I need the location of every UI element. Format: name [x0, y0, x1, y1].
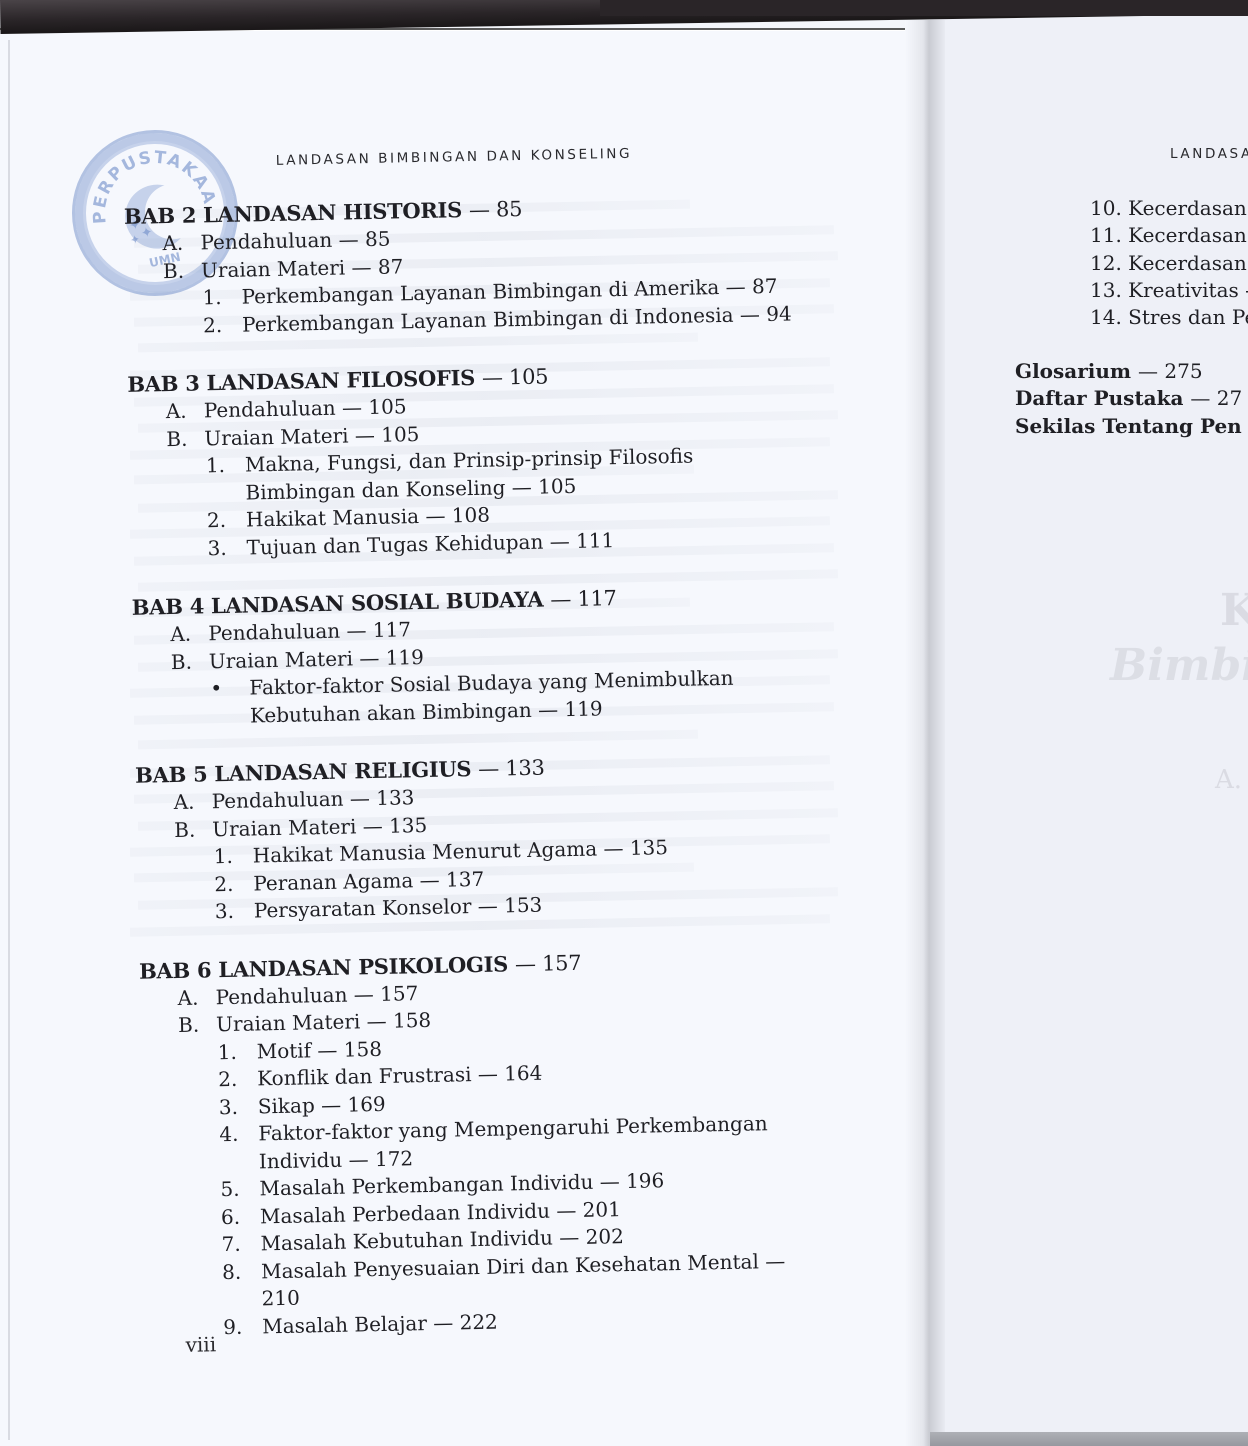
running-head: LANDASAN BIMBINGAN DAN KONSELING: [276, 146, 633, 169]
entry-text: Motif — 158: [256, 1035, 382, 1065]
entry-text: Pendahuluan — 117: [208, 616, 411, 648]
entry-marker: 6.: [221, 1203, 261, 1231]
entry-marker: 1.: [217, 1038, 257, 1066]
entry-marker: B.: [166, 425, 205, 453]
entry-marker: 2.: [203, 311, 243, 339]
left-page-content: LANDASAN BIMBINGAN DAN KONSELING BAB 2 L…: [0, 0, 949, 1446]
right-toc-entry: 12. Kecerdasan: [1090, 250, 1248, 277]
entry-marker: 3.: [215, 897, 255, 925]
back-matter-title: Glosarium: [1015, 359, 1138, 383]
entry-text: Persyaratan Konselor — 153: [254, 892, 543, 925]
entry-text: Pendahuluan — 133: [211, 784, 414, 816]
page-number: viii: [185, 1332, 216, 1357]
entry-marker: 8.: [222, 1258, 262, 1314]
scanner-bottom-shadow: [930, 1432, 1248, 1446]
chapter-title-text: BAB 5 LANDASAN RELIGIUS: [135, 756, 479, 788]
chapter-page: — 157: [515, 950, 582, 975]
toc-chapter: BAB 3 LANDASAN FILOSOFIS — 105A.Pendahul…: [127, 357, 807, 564]
entry-text: Pendahuluan — 105: [204, 393, 407, 425]
back-matter-title: Daftar Pustaka: [1015, 386, 1190, 410]
entry-text: Uraian Materi — 119: [209, 643, 425, 675]
right-toc-list: 10. Kecerdasan11. Kecerdasan12. Kecerdas…: [1090, 195, 1248, 331]
entry-marker: 7.: [221, 1230, 261, 1258]
entry-marker: A.: [166, 397, 205, 425]
chapter-page: — 85: [469, 197, 523, 222]
entry-text: Makna, Fungsi, dan Prinsip-prinsip Filos…: [245, 440, 806, 506]
entry-text: Uraian Materi — 87: [201, 253, 404, 285]
toc-chapter: BAB 5 LANDASAN RELIGIUS — 133A.Pendahulu…: [135, 748, 814, 927]
right-toc-entry: 14. Stres dan Pe: [1090, 304, 1248, 331]
entry-text: Uraian Materi — 105: [204, 421, 420, 453]
entry-marker: 2.: [214, 870, 254, 898]
entry-text: Masalah Belajar — 222: [262, 1308, 498, 1340]
back-matter-entry: Sekilas Tentang Pen: [1015, 413, 1242, 440]
entry-text: Uraian Materi — 158: [216, 1007, 432, 1039]
entry-marker: 3.: [207, 534, 247, 562]
bullet-icon: •: [210, 674, 250, 730]
entry-text: Sikap — 169: [258, 1090, 386, 1120]
entry-marker: A.: [170, 620, 209, 648]
entry-marker: 1.: [214, 842, 254, 870]
back-matter-page: — 275: [1138, 359, 1203, 383]
entry-marker: 1.: [202, 284, 242, 312]
entry-marker: A.: [177, 984, 216, 1012]
entry-marker: B.: [163, 257, 202, 285]
chapter-title-text: BAB 3 LANDASAN FILOSOFIS: [127, 365, 482, 397]
scanner-top-shadow-right: [600, 0, 1248, 16]
right-toc-entry: 13. Kreativitas -: [1090, 277, 1248, 304]
entry-marker: 9.: [223, 1313, 263, 1341]
bleed-title: K: [1220, 585, 1248, 636]
chapter-page: — 117: [550, 586, 617, 611]
back-matter-entry: Daftar Pustaka — 27: [1015, 385, 1242, 412]
right-toc-entry: 10. Kecerdasan: [1090, 195, 1248, 222]
entry-text: Faktor-faktor yang Mempengaruhi Perkemba…: [258, 1109, 819, 1175]
toc-chapter: BAB 4 LANDASAN SOSIAL BUDAYA — 117A.Pend…: [132, 580, 811, 732]
entry-marker: 1.: [206, 452, 246, 508]
toc-chapter: BAB 6 LANDASAN PSIKOLOGIS — 157A.Pendahu…: [139, 944, 823, 1343]
entry-marker: 2.: [207, 507, 247, 535]
entry-marker: 4.: [219, 1120, 259, 1176]
entry-text: Masalah Penyesuaian Diri dan Kesehatan M…: [261, 1247, 822, 1313]
entry-text: Pendahuluan — 157: [215, 980, 418, 1012]
right-toc-entry: 11. Kecerdasan: [1090, 222, 1248, 249]
back-matter-entry: Glosarium — 275: [1015, 358, 1242, 385]
bleed-subtitle: Bimbin: [1110, 640, 1248, 691]
back-matter-title: Sekilas Tentang Pen: [1015, 414, 1242, 438]
chapter-title-text: BAB 6 LANDASAN PSIKOLOGIS: [139, 951, 515, 984]
back-matter-page: — 27: [1190, 386, 1242, 410]
chapter-title-text: BAB 2 LANDASAN HISTORIS: [124, 197, 469, 229]
entry-text: Pendahuluan — 85: [200, 226, 391, 257]
bleed-section: A.: [1215, 765, 1242, 795]
chapter-page: — 105: [482, 364, 549, 389]
toc-chapter: BAB 2 LANDASAN HISTORIS — 85A.Pendahulua…: [124, 189, 803, 341]
entry-marker: 3.: [219, 1093, 259, 1121]
entry-marker: A.: [173, 788, 212, 816]
entry-marker: B.: [178, 1011, 217, 1039]
entry-marker: 2.: [218, 1065, 258, 1093]
right-running-head: LANDASA: [1170, 146, 1248, 162]
entry-text: Faktor-faktor Sosial Budaya yang Menimbu…: [249, 663, 810, 729]
entry-text: Uraian Materi — 135: [212, 811, 428, 843]
table-of-contents: BAB 2 LANDASAN HISTORIS — 85A.Pendahulua…: [124, 189, 823, 1372]
entry-text: Konflik dan Frustrasi — 164: [257, 1060, 543, 1093]
entry-marker: B.: [171, 648, 210, 676]
chapter-page: — 133: [478, 756, 545, 781]
entry-marker: A.: [162, 229, 201, 257]
entry-marker: B.: [174, 816, 213, 844]
entry-marker: 5.: [220, 1175, 260, 1203]
back-matter-list: Glosarium — 275Daftar Pustaka — 27Sekila…: [1015, 358, 1242, 440]
